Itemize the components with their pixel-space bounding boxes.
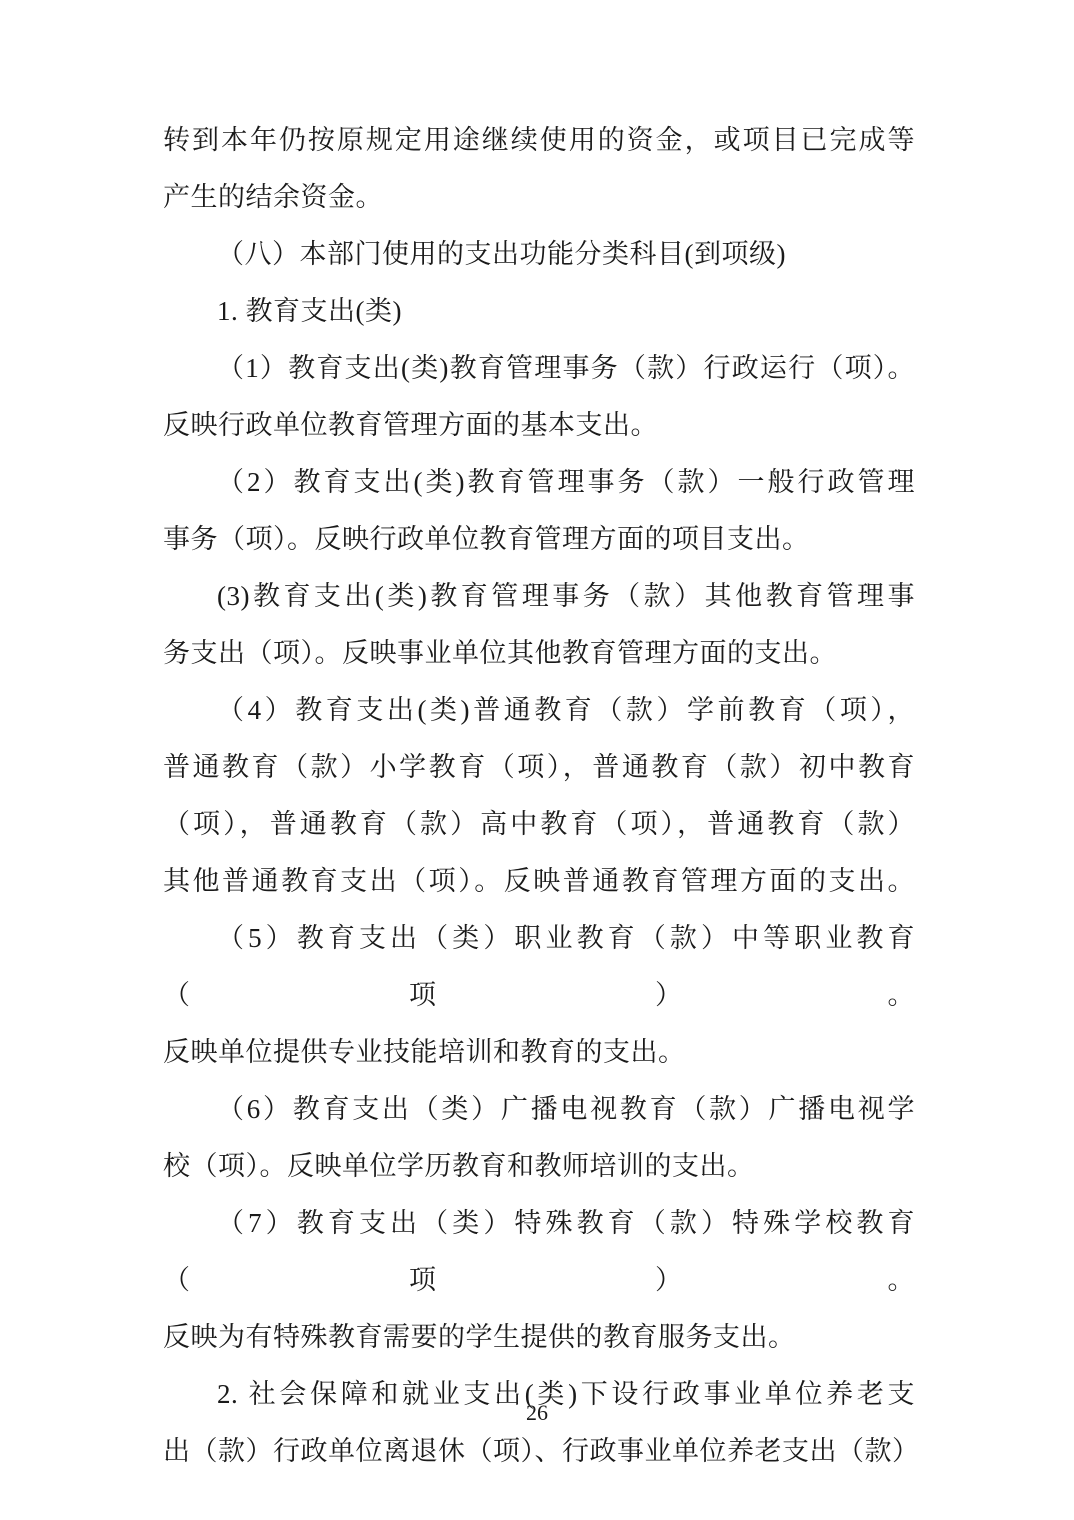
text-line: （4）教育支出(类)普通教育（款）学前教育（项）， [163,682,915,739]
text-line: （2）教育支出(类)教育管理事务（款）一般行政管理 [163,454,915,511]
text-line: 产生的结余资金。 [163,169,915,226]
text-line: 转到本年仍按原规定用途继续使用的资金，或项目已完成等 [163,112,915,169]
text-line: （项），普通教育（款）高中教育（项），普通教育（款） [163,796,915,853]
text-line: （7）教育支出（类）特殊教育（款）特殊学校教育（项）。 [163,1195,915,1309]
list-item-heading: 1. 教育支出(类) [163,283,915,340]
text-line: 务支出（项）。反映事业单位其他教育管理方面的支出。 [163,625,915,682]
text-line: (3)教育支出(类)教育管理事务（款）其他教育管理事 [163,568,915,625]
text-line: （6）教育支出（类）广播电视教育（款）广播电视学 [163,1081,915,1138]
document-body: 转到本年仍按原规定用途继续使用的资金，或项目已完成等 产生的结余资金。 （八）本… [163,112,915,1480]
section-heading: （八）本部门使用的支出功能分类科目(到项级) [163,226,915,283]
document-page: 转到本年仍按原规定用途继续使用的资金，或项目已完成等 产生的结余资金。 （八）本… [0,0,1074,1520]
text-line: （5）教育支出（类）职业教育（款）中等职业教育（项）。 [163,910,915,1024]
text-line: 普通教育（款）小学教育（项），普通教育（款）初中教育 [163,739,915,796]
text-line: 反映单位提供专业技能培训和教育的支出。 [163,1024,915,1081]
text-line: 事务（项）。反映行政单位教育管理方面的项目支出。 [163,511,915,568]
text-line: 其他普通教育支出（项）。反映普通教育管理方面的支出。 [163,853,915,910]
text-line: 出（款）行政单位离退休（项）、行政事业单位养老支出（款） [163,1423,915,1480]
text-line: 反映为有特殊教育需要的学生提供的教育服务支出。 [163,1309,915,1366]
text-line: 校（项）。反映单位学历教育和教师培训的支出。 [163,1138,915,1195]
page-number: 26 [0,1398,1074,1428]
text-line: （1）教育支出(类)教育管理事务（款）行政运行（项）。 [163,340,915,397]
text-line: 反映行政单位教育管理方面的基本支出。 [163,397,915,454]
